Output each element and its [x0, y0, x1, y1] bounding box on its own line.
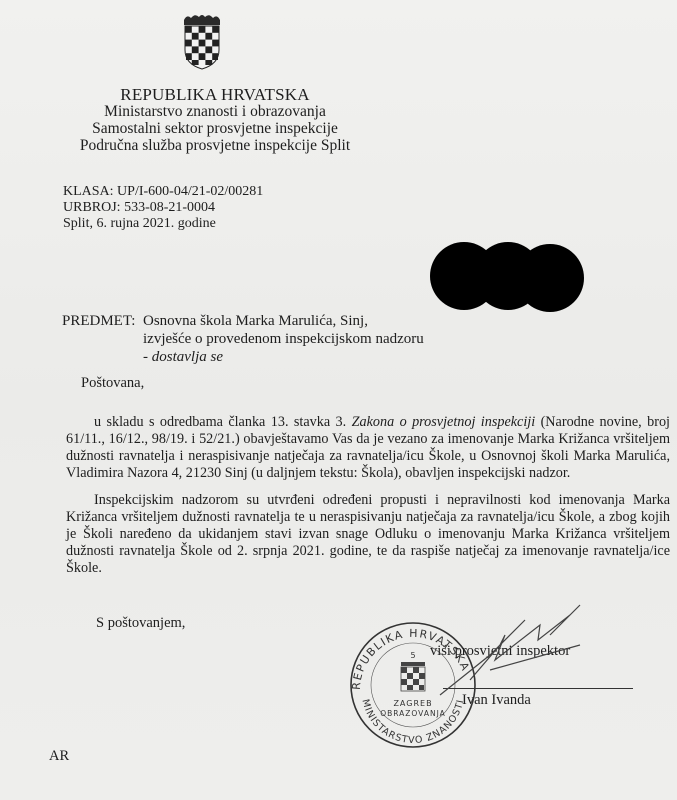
letter-body: u skladu s odredbama članka 13. stavka 3… [66, 414, 670, 587]
letterhead: REPUBLIKA HRVATSKA Ministarstvo znanosti… [60, 86, 370, 154]
salutation: Poštovana, [81, 375, 144, 392]
letterhead-office: Područna služba prosvjetne inspekcije Sp… [60, 137, 370, 154]
subject-label: PREDMET: [62, 312, 143, 330]
reference-block: KLASA: UP/I-600-04/21-02/00281 URBROJ: 5… [63, 184, 263, 232]
document-page: REPUBLIKA HRVATSKA Ministarstvo znanosti… [0, 0, 677, 800]
handwritten-signature-icon [430, 600, 590, 710]
svg-text:ZAGREB: ZAGREB [393, 699, 432, 708]
svg-text:5: 5 [410, 651, 415, 660]
closing: S poštovanjem, [96, 615, 185, 632]
letterhead-country: REPUBLIKA HRVATSKA [60, 86, 370, 103]
law-title: Zakona o prosvjetnoj inspekciji [352, 414, 536, 430]
urbroj-number: URBROJ: 533-08-21-0004 [63, 200, 263, 216]
letterhead-sector: Samostalni sektor prosvjetne inspekcije [60, 120, 370, 137]
subject-line-3: - dostavlja se [62, 348, 424, 366]
recipient-redaction [428, 240, 588, 312]
klasa-number: KLASA: UP/I-600-04/21-02/00281 [63, 184, 263, 200]
footer-mark: AR [49, 748, 69, 765]
croatian-coat-of-arms-icon [181, 14, 223, 70]
letterhead-ministry: Ministarstvo znanosti i obrazovanja [60, 103, 370, 120]
place-date: Split, 6. rujna 2021. godine [63, 216, 263, 232]
subject-block: PREDMET:Osnovna škola Marka Marulića, Si… [62, 312, 424, 366]
paragraph-2: Inspekcijskim nadzorom su utvrđeni određ… [66, 492, 670, 577]
subject-line-1: Osnovna škola Marka Marulića, Sinj, [143, 313, 368, 329]
svg-text:OBRAZOVANJA: OBRAZOVANJA [380, 709, 446, 718]
subject-note: dostavlja se [152, 349, 223, 365]
subject-line-2: izvješće o provedenom inspekcijskom nadz… [62, 330, 424, 348]
paragraph-1: u skladu s odredbama članka 13. stavka 3… [66, 414, 670, 482]
